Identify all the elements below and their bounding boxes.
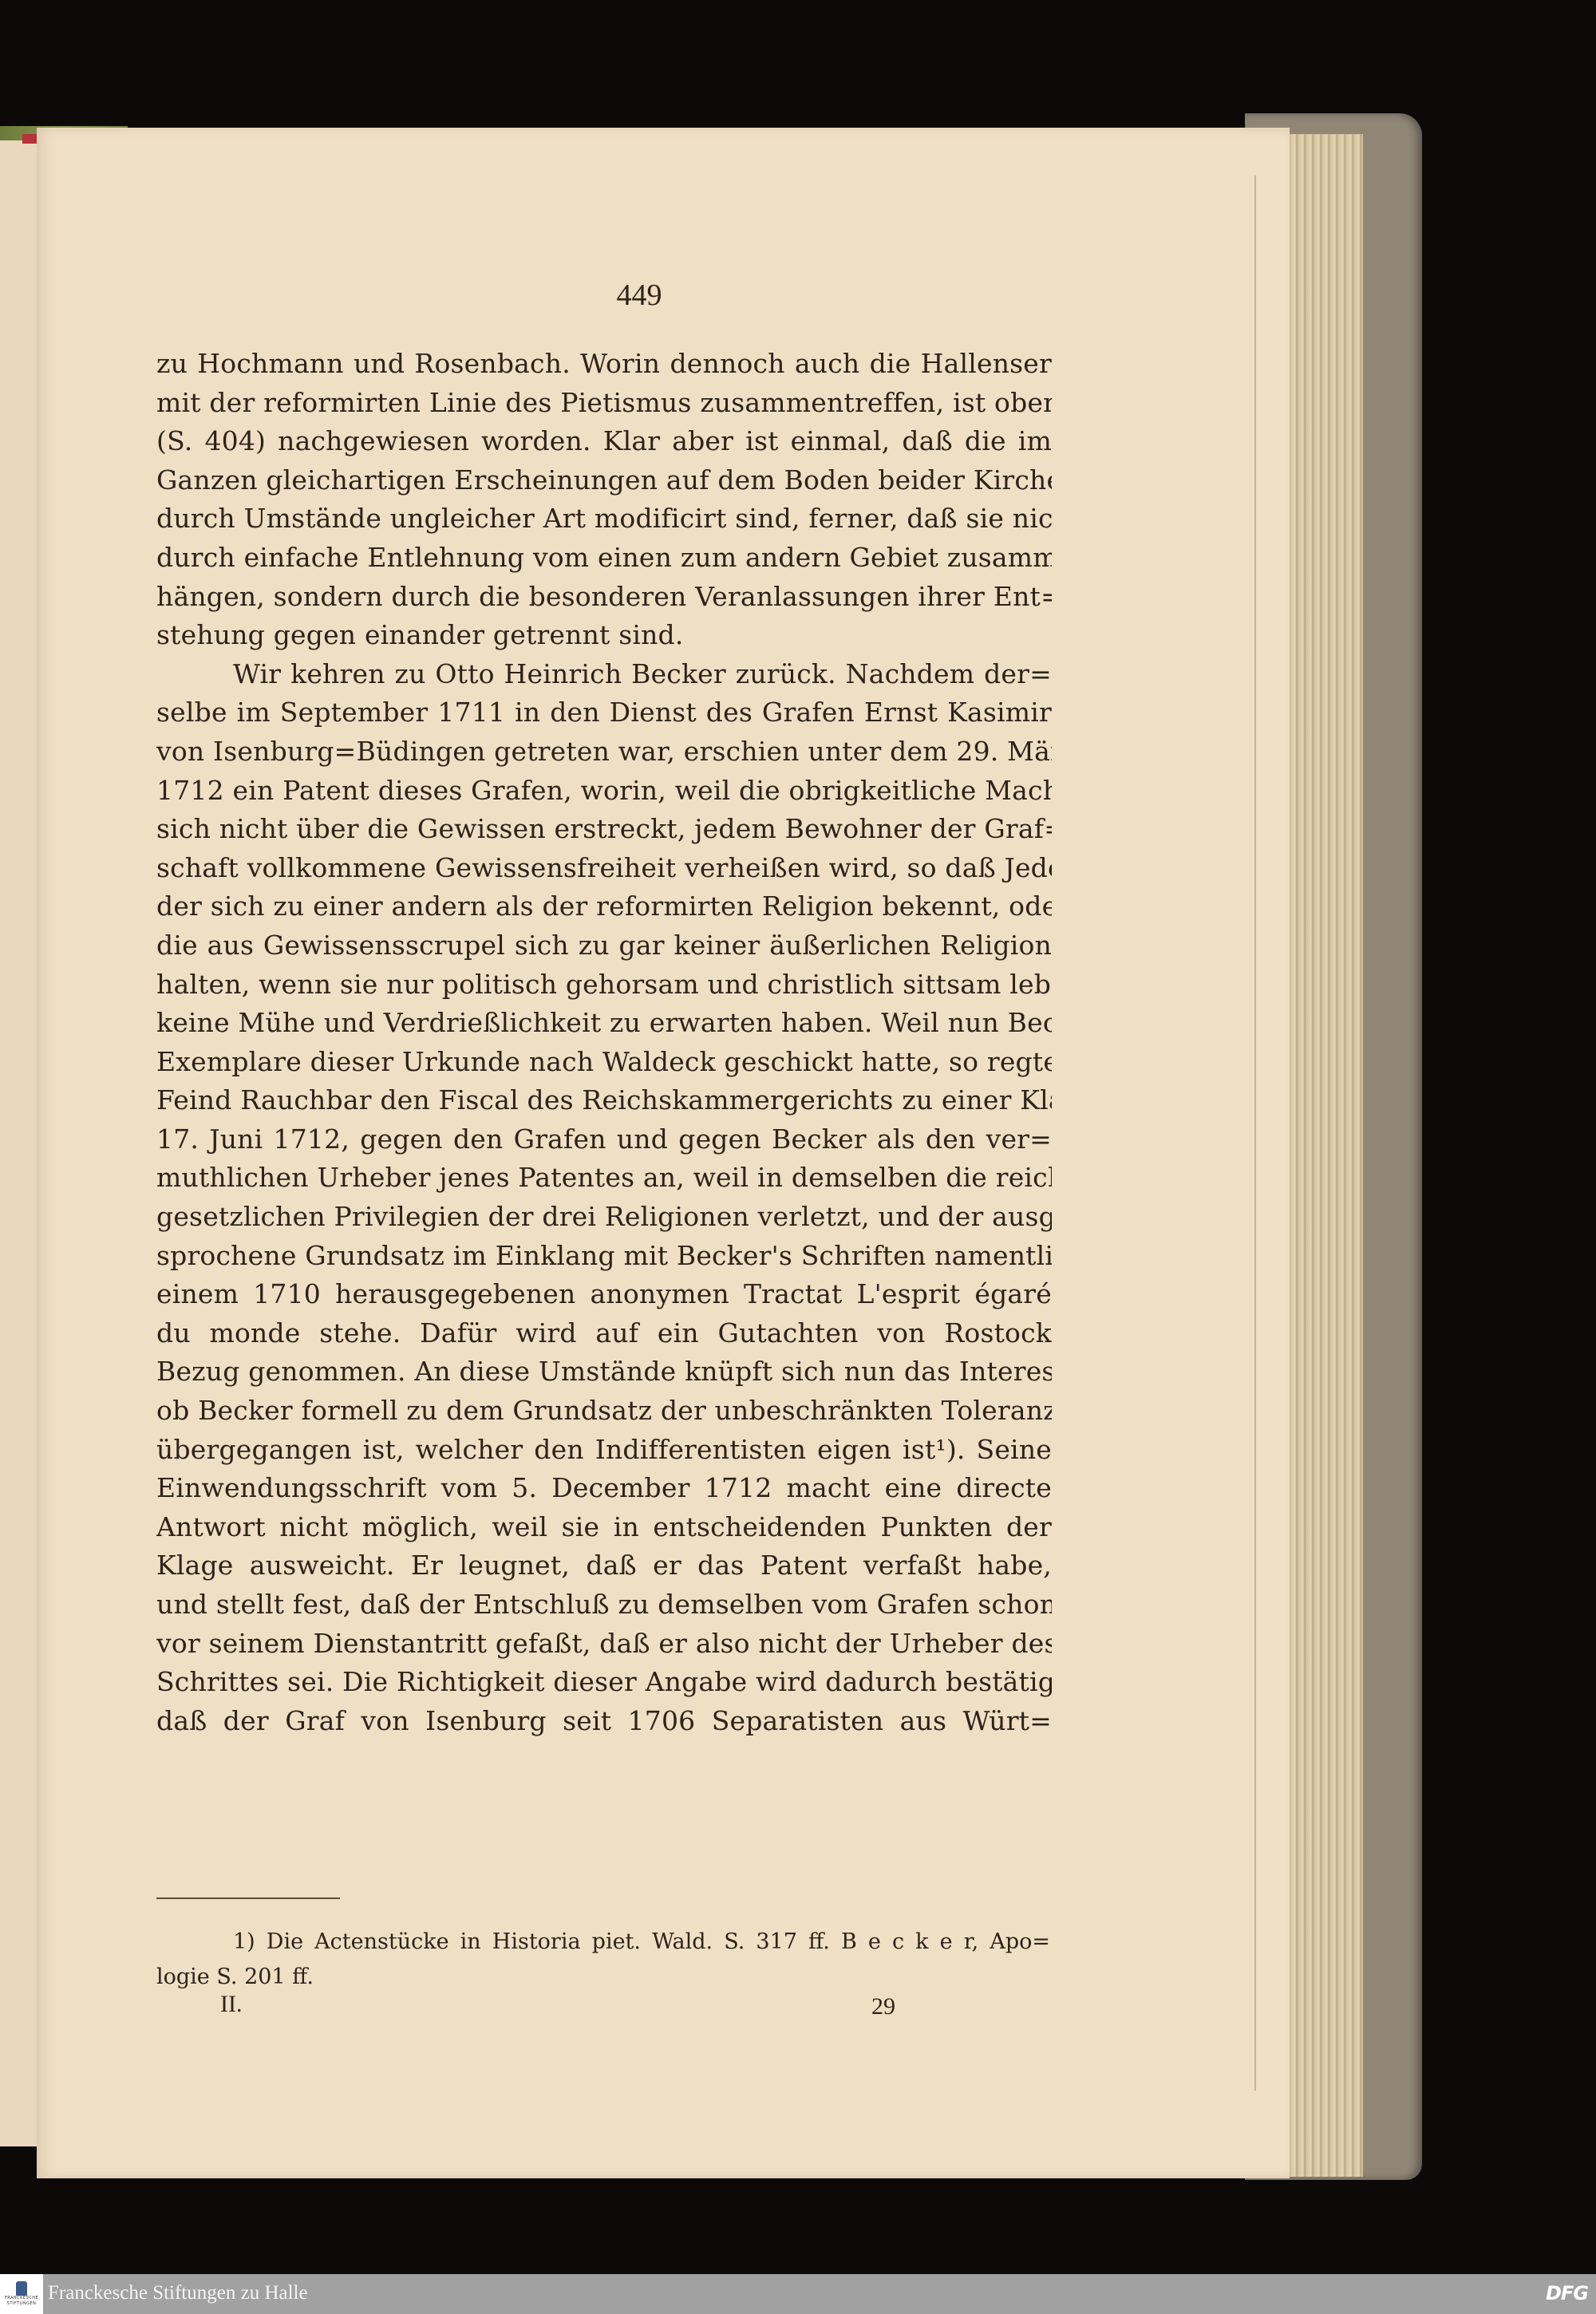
text-line: Ganzen gleichartigen Erscheinungen auf d…: [156, 461, 1052, 500]
footnote-line: logie S. 201 ff.: [156, 1960, 1050, 1995]
sheet-signature: II.: [220, 1991, 242, 2018]
text-line: zu Hochmann und Rosenbach. Worin dennoch…: [156, 345, 1052, 384]
text-line: stehung gegen einander getrennt sind.: [156, 616, 1052, 655]
text-line: durch einfache Entlehnung vom einen zum …: [156, 539, 1052, 578]
text-line: du monde stehe. Dafür wird auf ein Gutac…: [156, 1314, 1052, 1353]
page-fold-line: [1254, 176, 1256, 2091]
orphanage-icon: [16, 2281, 27, 2296]
text-line: vor seinem Dienstantritt gefaßt, daß er …: [156, 1625, 1052, 1664]
text-line: Antwort nicht möglich, weil sie in entsc…: [156, 1508, 1052, 1547]
institution-logo[interactable]: FRANCKESCHE STIFTUNGEN: [0, 2274, 43, 2314]
text-line: Bezug genommen. An diese Umstände knüpft…: [156, 1352, 1052, 1392]
text-line: die aus Gewissensscrupel sich zu gar kei…: [156, 926, 1052, 965]
logo-text: FRANCKESCHE: [5, 2296, 38, 2301]
institution-name: Franckesche Stiftungen zu Halle: [48, 2282, 308, 2304]
text-line: Exemplare dieser Urkunde nach Waldeck ge…: [156, 1043, 1052, 1082]
text-line: (S. 404) nachgewiesen worden. Klar aber …: [156, 422, 1052, 461]
footnote-line: 1) Die Actenstücke in Historia piet. Wal…: [156, 1925, 1050, 1960]
footnotes: 1) Die Actenstücke in Historia piet. Wal…: [156, 1925, 1050, 1995]
text-line: sprochene Grundsatz im Einklang mit Beck…: [156, 1237, 1052, 1276]
facing-page-edge: [0, 136, 38, 2146]
text-line: schaft vollkommene Gewissensfreiheit ver…: [156, 849, 1052, 888]
text-line: 17. Juni 1712, gegen den Grafen und gege…: [156, 1120, 1052, 1159]
text-line: Klage ausweicht. Er leugnet, daß er das …: [156, 1546, 1052, 1585]
text-line: mit der reformirten Linie des Pietismus …: [156, 384, 1052, 423]
book-page: 449 zu Hochmann und Rosenbach. Worin den…: [37, 128, 1290, 2178]
text-line: durch Umstände ungleicher Art modificirt…: [156, 500, 1052, 539]
page-number: 449: [37, 278, 1242, 313]
body-text: zu Hochmann und Rosenbach. Worin dennoch…: [156, 345, 1052, 1740]
text-line: ob Becker formell zu dem Grundsatz der u…: [156, 1392, 1052, 1431]
text-line: daß der Graf von Isenburg seit 1706 Sepa…: [156, 1702, 1052, 1741]
text-line: einem 1710 herausgegebenen anonymen Trac…: [156, 1275, 1052, 1314]
text-line: und stellt fest, daß der Entschluß zu de…: [156, 1585, 1052, 1625]
text-line: 1712 ein Patent dieses Grafen, worin, we…: [156, 772, 1052, 811]
text-line: halten, wenn sie nur politisch gehorsam …: [156, 965, 1052, 1005]
text-line: sich nicht über die Gewissen erstreckt, …: [156, 810, 1052, 849]
text-line: übergegangen ist, welcher den Indifferen…: [156, 1431, 1052, 1470]
text-line: der sich zu einer andern als der reformi…: [156, 887, 1052, 926]
text-line: hängen, sondern durch die besonderen Ver…: [156, 578, 1052, 617]
text-line: muthlichen Urheber jenes Patentes an, we…: [156, 1159, 1052, 1198]
footnote-separator: [156, 1897, 340, 1899]
text-line: keine Mühe und Verdrießlichkeit zu erwar…: [156, 1004, 1052, 1043]
text-line: Einwendungsschrift vom 5. December 1712 …: [156, 1469, 1052, 1508]
text-line: gesetzlichen Privilegien der drei Religi…: [156, 1198, 1052, 1237]
text-line: Schrittes sei. Die Richtigkeit dieser An…: [156, 1663, 1052, 1702]
logo-text: STIFTUNGEN: [7, 2301, 37, 2307]
text-line: selbe im September 1711 in den Dienst de…: [156, 693, 1052, 733]
text-line: Feind Rauchbar den Fiscal des Reichskamm…: [156, 1081, 1052, 1120]
text-line: von Isenburg=Büdingen getreten war, ersc…: [156, 733, 1052, 772]
dfg-logo[interactable]: DFG: [1546, 2282, 1588, 2304]
page-edges: [1283, 134, 1363, 2177]
paragraph-start-line: Wir kehren zu Otto Heinrich Becker zurüc…: [156, 655, 1052, 694]
viewer-footer-bar: FRANCKESCHE STIFTUNGEN Franckesche Stift…: [0, 2274, 1596, 2314]
sheet-number: 29: [871, 1993, 895, 2020]
